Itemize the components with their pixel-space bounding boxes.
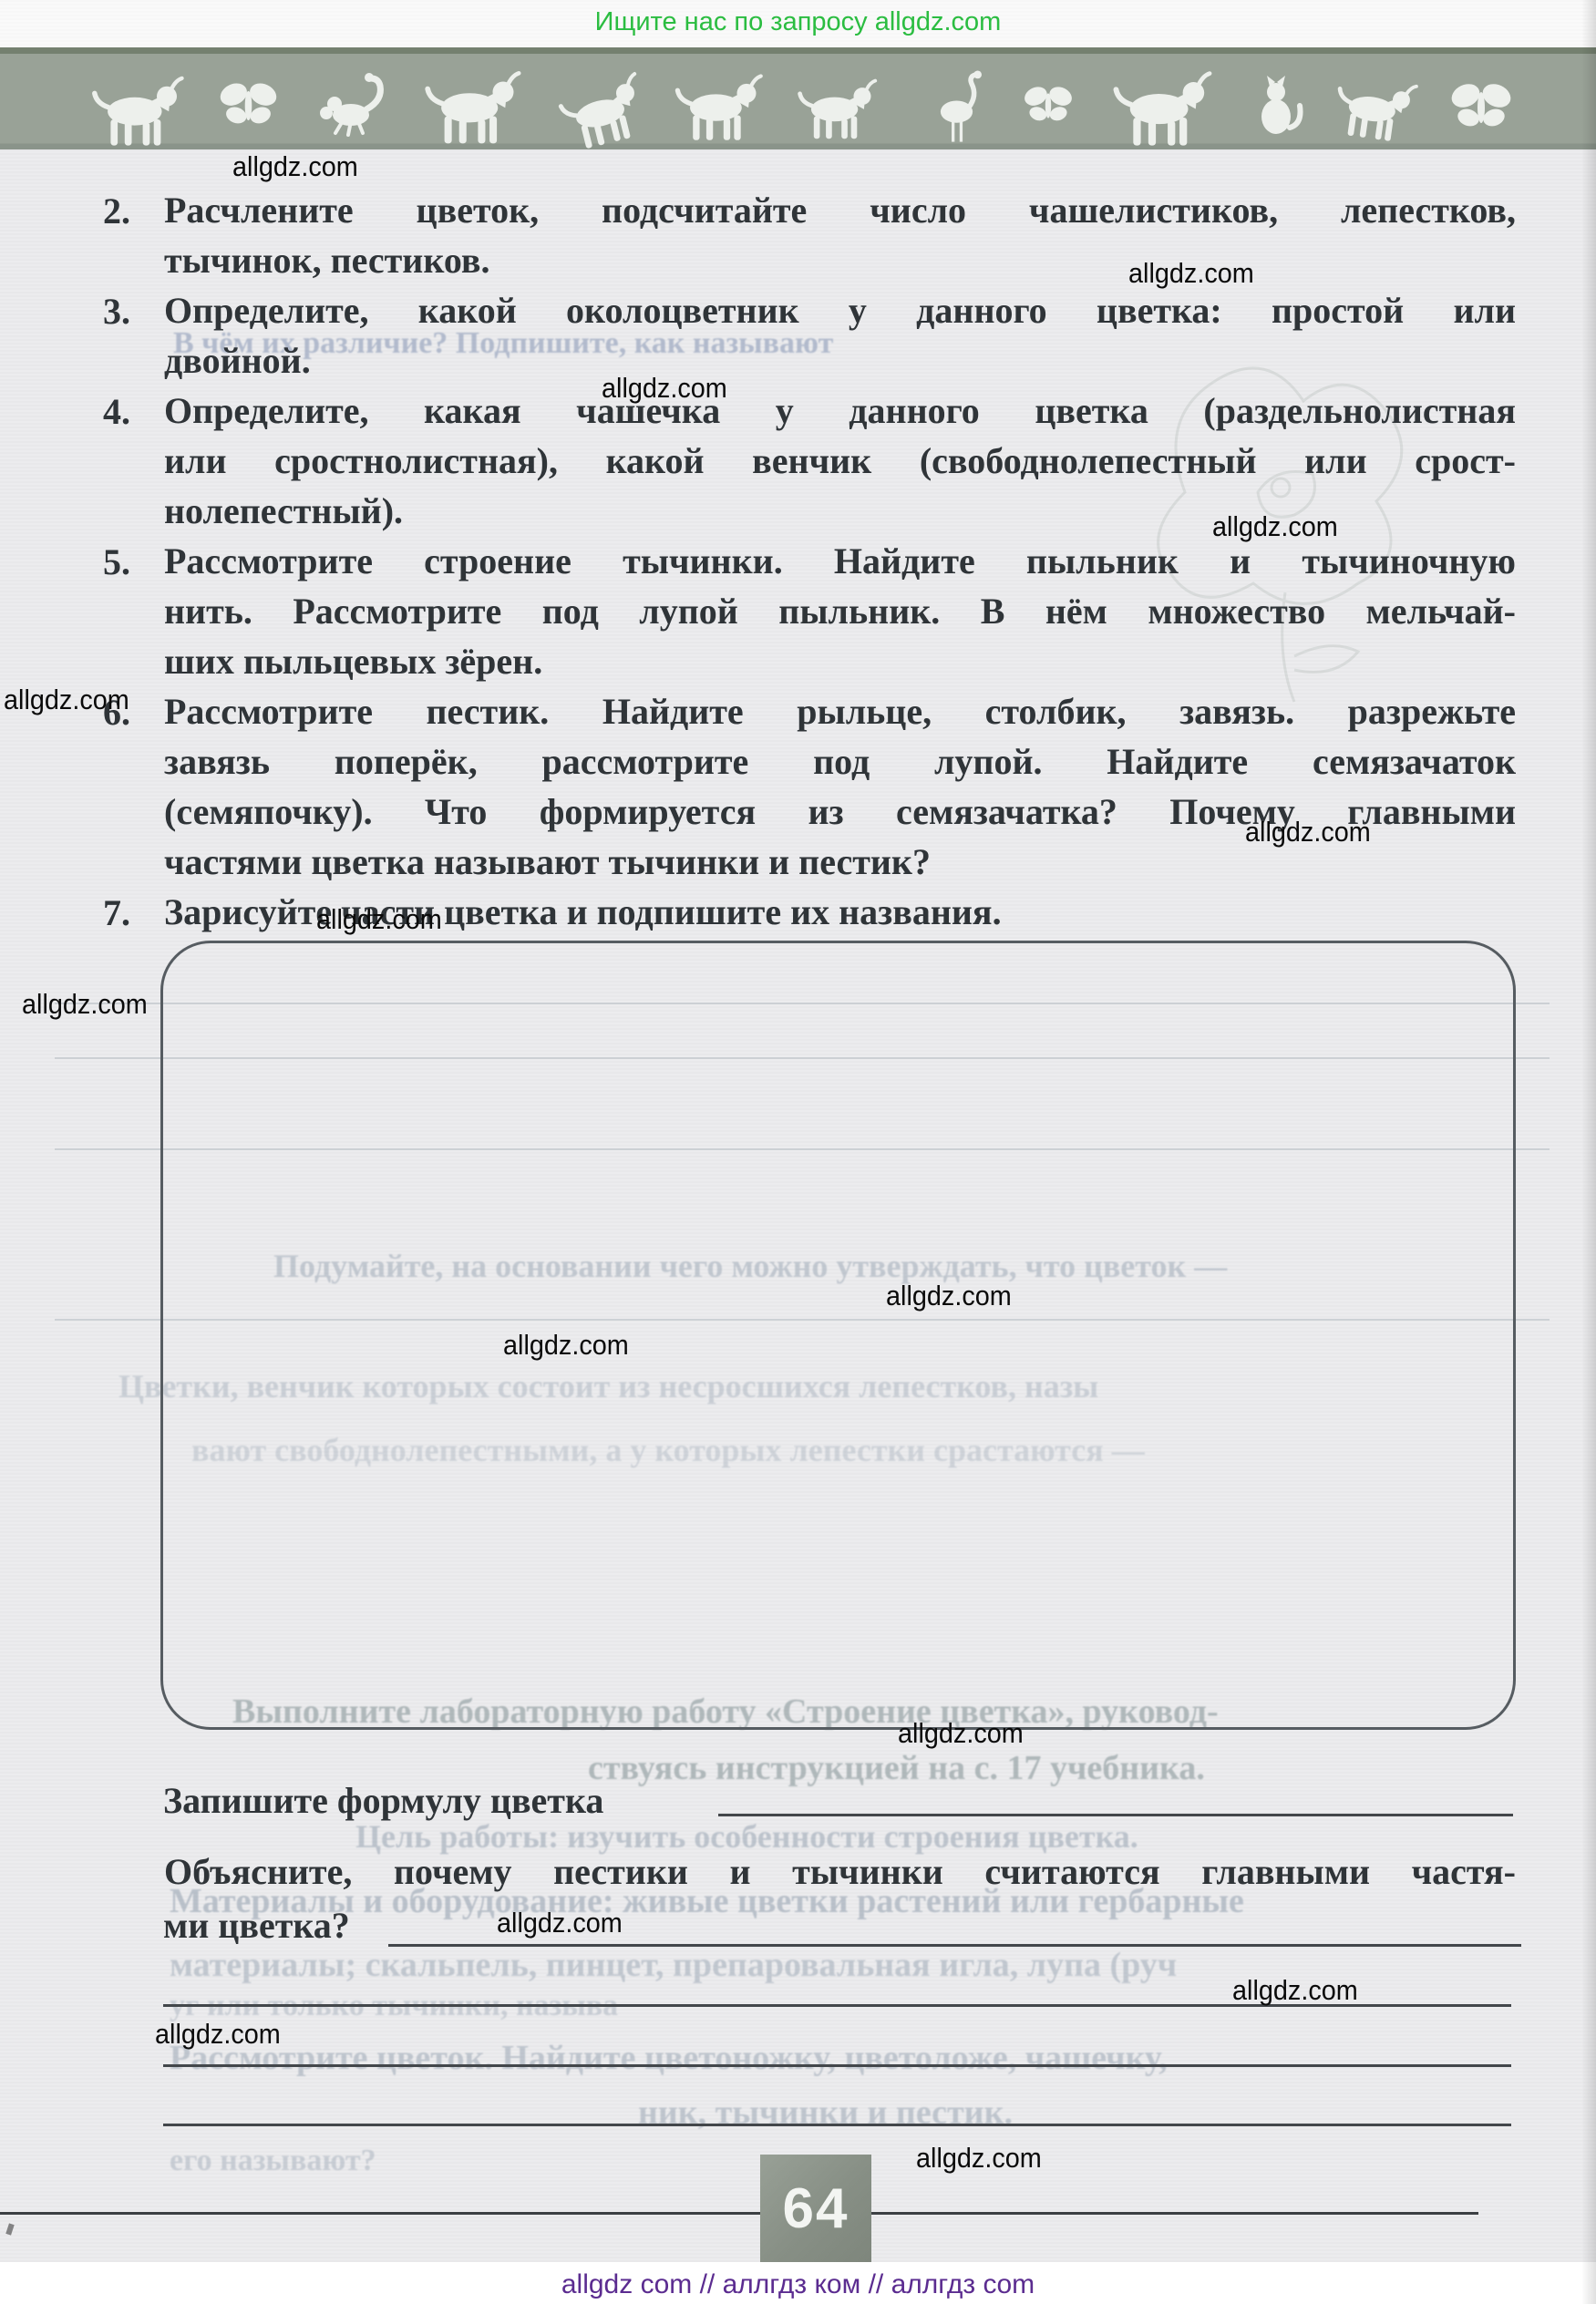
ibex-icon (677, 76, 760, 139)
task-line: Рассмотрите строение тычинки. Найдите пы… (164, 540, 1516, 582)
promo-header-text: Ищите нас по запросу allgdz.com (0, 7, 1596, 37)
task-line: нить. Рассмотрите под лупой пыльник. В н… (164, 591, 1516, 633)
ghost-text: материалы; скальпель, пинцет, препаровал… (170, 1945, 1177, 1985)
answer-line (163, 2124, 1511, 2126)
task-line: Рассмотрите пестик. Найдите рыльце, стол… (164, 691, 1516, 733)
formula-label: Запишите формулу цветка (163, 1779, 603, 1822)
butterfly-icon (1447, 79, 1514, 129)
task-number: 4. (103, 390, 130, 433)
watermark: allgdz.com (1245, 816, 1371, 849)
animal-banner-graphic (0, 47, 1596, 149)
watermark: allgdz.com (602, 372, 727, 405)
watermark: allgdz.com (503, 1329, 629, 1362)
task-number: 2. (103, 190, 130, 232)
scan-speck (5, 2223, 14, 2235)
scan-edge-shadow (1581, 0, 1596, 2304)
cat-icon (1261, 76, 1301, 134)
crane-icon (941, 71, 982, 142)
watermark: allgdz.com (497, 1907, 623, 1939)
ghost-text: Рассмотрите цветок. Найдите цветоножку, … (170, 2038, 1168, 2078)
footer-rule (0, 2212, 1478, 2215)
task-line: завязь поперёк, рассмотрите под лупой. Н… (164, 741, 1516, 783)
scanned-workbook-page: Ищите нас по запросу allgdz.com (0, 0, 1596, 2304)
explain-question-line: Объясните, почему пестики и тычинки счит… (164, 1851, 1516, 1893)
bull-icon (1116, 74, 1210, 146)
task-number: 3. (103, 290, 130, 333)
task-line: или сростнолистная), какой венчик (свобо… (164, 440, 1516, 482)
watermark: allgdz.com (316, 903, 442, 936)
task-line: двойной. (164, 340, 1516, 382)
scorpion-icon (320, 73, 380, 135)
watermark: allgdz.com (232, 150, 358, 183)
ghost-text: его называют? (170, 2144, 376, 2178)
watermark: allgdz.com (1212, 510, 1338, 543)
antelope-icon (558, 74, 650, 149)
watermark: allgdz.com (886, 1280, 1012, 1312)
task-number: 7. (103, 891, 130, 934)
ghost-text: Цель работы: изучить особенности строени… (355, 1817, 1138, 1856)
bison-icon (95, 78, 182, 146)
task-line: Определите, какой околоцветник у данного… (164, 290, 1516, 332)
butterfly-icon (217, 79, 280, 126)
watermark: allgdz.com (22, 988, 148, 1021)
answer-line (388, 1944, 1521, 1947)
fox-icon (1333, 76, 1416, 144)
wolf-icon (800, 81, 876, 139)
watermark: allgdz.com (1128, 257, 1254, 290)
drawing-box (160, 941, 1516, 1730)
watermark: allgdz.com (898, 1717, 1024, 1750)
page-number: 64 (783, 2176, 849, 2241)
footer-watermark-text: allgdz com // аллгдз ком // аллгдз com (0, 2269, 1596, 2300)
formula-blank-line (718, 1814, 1513, 1816)
watermark: allgdz.com (4, 684, 129, 716)
watermark: allgdz.com (155, 2018, 281, 2051)
task-number: 5. (103, 540, 130, 583)
page-number-box: 64 (760, 2155, 871, 2262)
task-line: тычинок, пестиков. (164, 240, 1516, 282)
task-line: ших пыльцевых зёрен. (164, 641, 1516, 683)
ghost-text: ник, тычинки и пестик. (638, 2093, 1013, 2133)
horse-icon (427, 73, 519, 143)
watermark: allgdz.com (916, 2142, 1042, 2175)
animal-silhouette-banner (0, 47, 1596, 149)
moth-icon (1022, 83, 1076, 122)
task-line: Расчлените цветок, подсчитайте число чаш… (164, 190, 1516, 231)
explain-question-line: ми цветка? (163, 1904, 350, 1947)
task-line: Определите, какая чашечка у данного цвет… (164, 390, 1516, 432)
ghost-text: ствуясь инструкцией на с. 17 учебника. (588, 1748, 1205, 1788)
watermark: allgdz.com (1232, 1974, 1358, 2007)
answer-line (163, 2064, 1511, 2067)
